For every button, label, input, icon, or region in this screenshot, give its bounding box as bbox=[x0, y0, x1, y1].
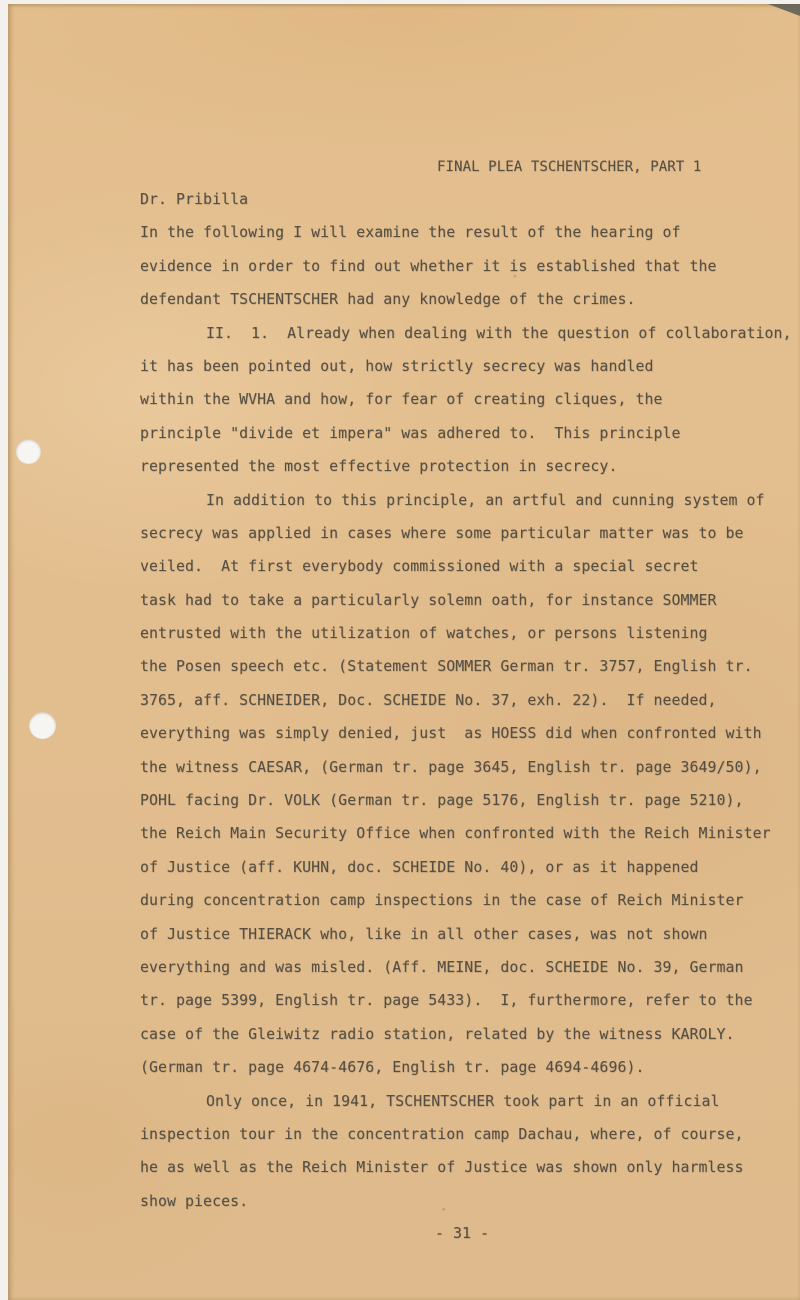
text-line: within the WVHA and how, for fear of cre… bbox=[140, 383, 792, 416]
text-line: defendant TSCHENTSCHER had any knowledge… bbox=[140, 283, 792, 316]
text-line: veiled. At first everybody commissioned … bbox=[140, 550, 792, 583]
text-line: the Reich Main Security Office when conf… bbox=[140, 817, 792, 850]
text-line: everything was simply denied, just as HO… bbox=[140, 717, 792, 750]
page-corner-fold bbox=[768, 4, 800, 16]
text-line: show pieces. bbox=[140, 1185, 792, 1218]
document-header: FINAL PLEA TSCHENTSCHER, PART 1 bbox=[437, 159, 701, 175]
document-body: Dr. PribillaIn the following I will exam… bbox=[140, 183, 792, 1218]
text-line: inspection tour in the concentration cam… bbox=[140, 1118, 792, 1151]
text-line: of Justice THIERACK who, like in all oth… bbox=[140, 918, 792, 951]
text-line: POHL facing Dr. VOLK (German tr. page 51… bbox=[140, 784, 792, 817]
page-number: - 31 - bbox=[435, 1225, 489, 1242]
text-line: task had to take a particularly solemn o… bbox=[140, 584, 792, 617]
text-line: In the following I will examine the resu… bbox=[140, 216, 792, 249]
text-line: principle "divide et impera" was adhered… bbox=[140, 417, 792, 450]
document-page: FINAL PLEA TSCHENTSCHER, PART 1 Dr. Prib… bbox=[8, 4, 800, 1300]
text-line: (German tr. page 4674-4676, English tr. … bbox=[140, 1051, 792, 1084]
text-line: evidence in order to find out whether it… bbox=[140, 250, 792, 283]
text-line: of Justice (aff. KUHN, doc. SCHEIDE No. … bbox=[140, 851, 792, 884]
text-line: the witness CAESAR, (German tr. page 364… bbox=[140, 751, 792, 784]
text-line: In addition to this principle, an artful… bbox=[140, 484, 792, 517]
punch-hole-bottom bbox=[29, 712, 56, 739]
text-line: everything and was misled. (Aff. MEINE, … bbox=[140, 951, 792, 984]
text-line: it has been pointed out, how strictly se… bbox=[140, 350, 792, 383]
text-line: Only once, in 1941, TSCHENTSCHER took pa… bbox=[140, 1085, 792, 1118]
text-line: during concentration camp inspections in… bbox=[140, 884, 792, 917]
text-line: case of the Gleiwitz radio station, rela… bbox=[140, 1018, 792, 1051]
text-line: entrusted with the utilization of watche… bbox=[140, 617, 792, 650]
punch-hole-top bbox=[16, 439, 41, 464]
text-line: secrecy was applied in cases where some … bbox=[140, 517, 792, 550]
text-line: 3765, aff. SCHNEIDER, Doc. SCHEIDE No. 3… bbox=[140, 684, 792, 717]
text-line: he as well as the Reich Minister of Just… bbox=[140, 1151, 792, 1184]
text-line: Dr. Pribilla bbox=[140, 183, 792, 216]
text-line: represented the most effective protectio… bbox=[140, 450, 792, 483]
text-line: the Posen speech etc. (Statement SOMMER … bbox=[140, 650, 792, 683]
text-line: tr. page 5399, English tr. page 5433). I… bbox=[140, 984, 792, 1017]
text-line: II. 1. Already when dealing with the que… bbox=[140, 317, 792, 350]
